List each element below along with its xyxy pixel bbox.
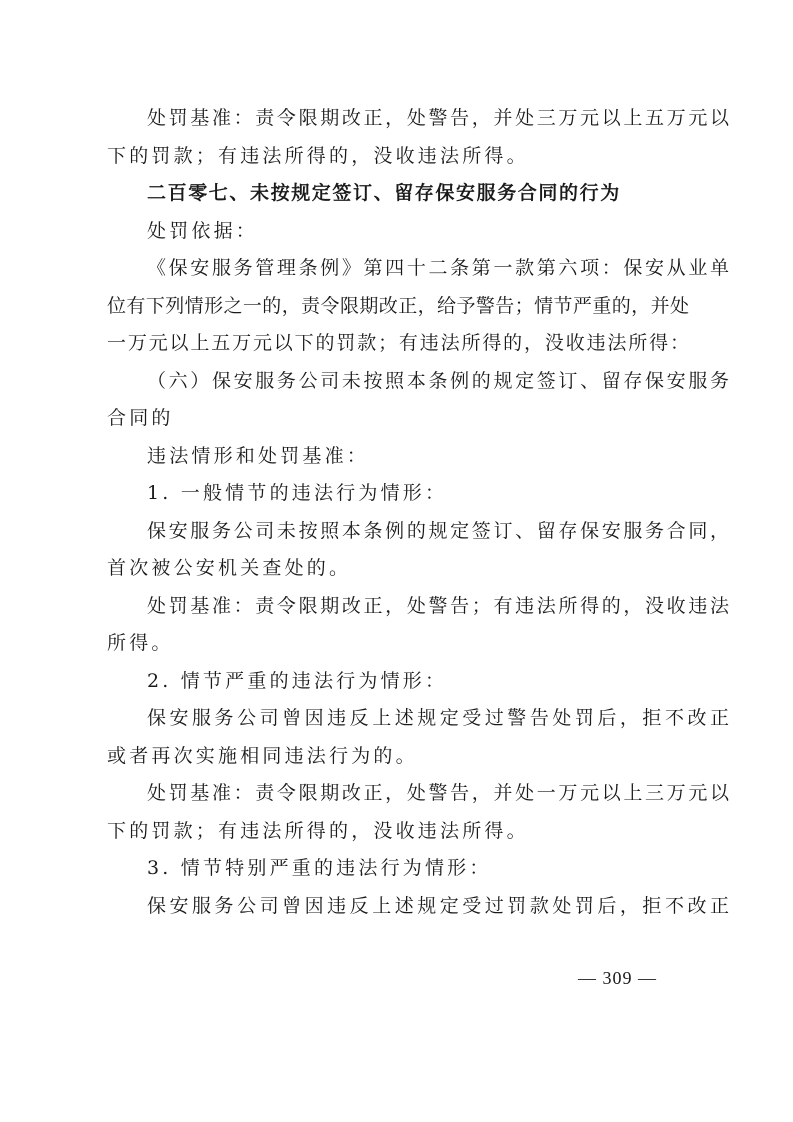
- paragraph-line: 处罚基准：责令限期改正，处警告，并处三万元以上五万元以: [107, 100, 729, 137]
- paragraph-line: （六）保安服务公司未按照本条例的规定签订、留存保安服务: [107, 363, 729, 400]
- page-number: — 309 —: [578, 968, 657, 989]
- paragraph-line: 《保安服务管理条例》第四十二条第一款第六项：保安从业单: [107, 250, 729, 287]
- paragraph-line: 下的罚款；有违法所得的，没收违法所得。: [107, 138, 689, 175]
- section-heading: 二百零七、未按规定签订、留存保安服务合同的行为: [107, 175, 729, 212]
- paragraph-line: 一万元以上五万元以下的罚款；有违法所得的，没收违法所得：: [107, 325, 689, 362]
- list-item-heading: 3. 情节特别严重的违法行为情形：: [107, 850, 729, 887]
- list-item-heading: 1. 一般情节的违法行为情形：: [107, 475, 729, 512]
- paragraph-line: 保安服务公司未按照本条例的规定签订、留存保安服务合同，: [107, 513, 729, 550]
- paragraph-line: 下的罚款；有违法所得的，没收违法所得。: [107, 813, 689, 850]
- paragraph-line: 处罚依据：: [107, 213, 729, 250]
- paragraph-line: 所得。: [107, 625, 689, 662]
- paragraph-line: 违法情形和处罚基准：: [107, 438, 729, 475]
- paragraph-line: 首次被公安机关查处的。: [107, 550, 689, 587]
- list-item-heading: 2. 情节严重的违法行为情形：: [107, 663, 729, 700]
- paragraph-line: 合同的: [107, 400, 689, 437]
- paragraph-line: 或者再次实施相同违法行为的。: [107, 738, 689, 775]
- paragraph-line: 保安服务公司曾因违反上述规定受过警告处罚后，拒不改正: [107, 700, 729, 737]
- paragraph-line: 保安服务公司曾因违反上述规定受过罚款处罚后，拒不改正: [107, 888, 729, 925]
- paragraph-line: 处罚基准：责令限期改正，处警告，并处一万元以上三万元以: [107, 775, 729, 812]
- paragraph-line: 处罚基准：责令限期改正，处警告；有违法所得的，没收违法: [107, 588, 729, 625]
- paragraph-line: 位有下列情形之一的，责令限期改正，给予警告；情节严重的，并处: [107, 288, 689, 325]
